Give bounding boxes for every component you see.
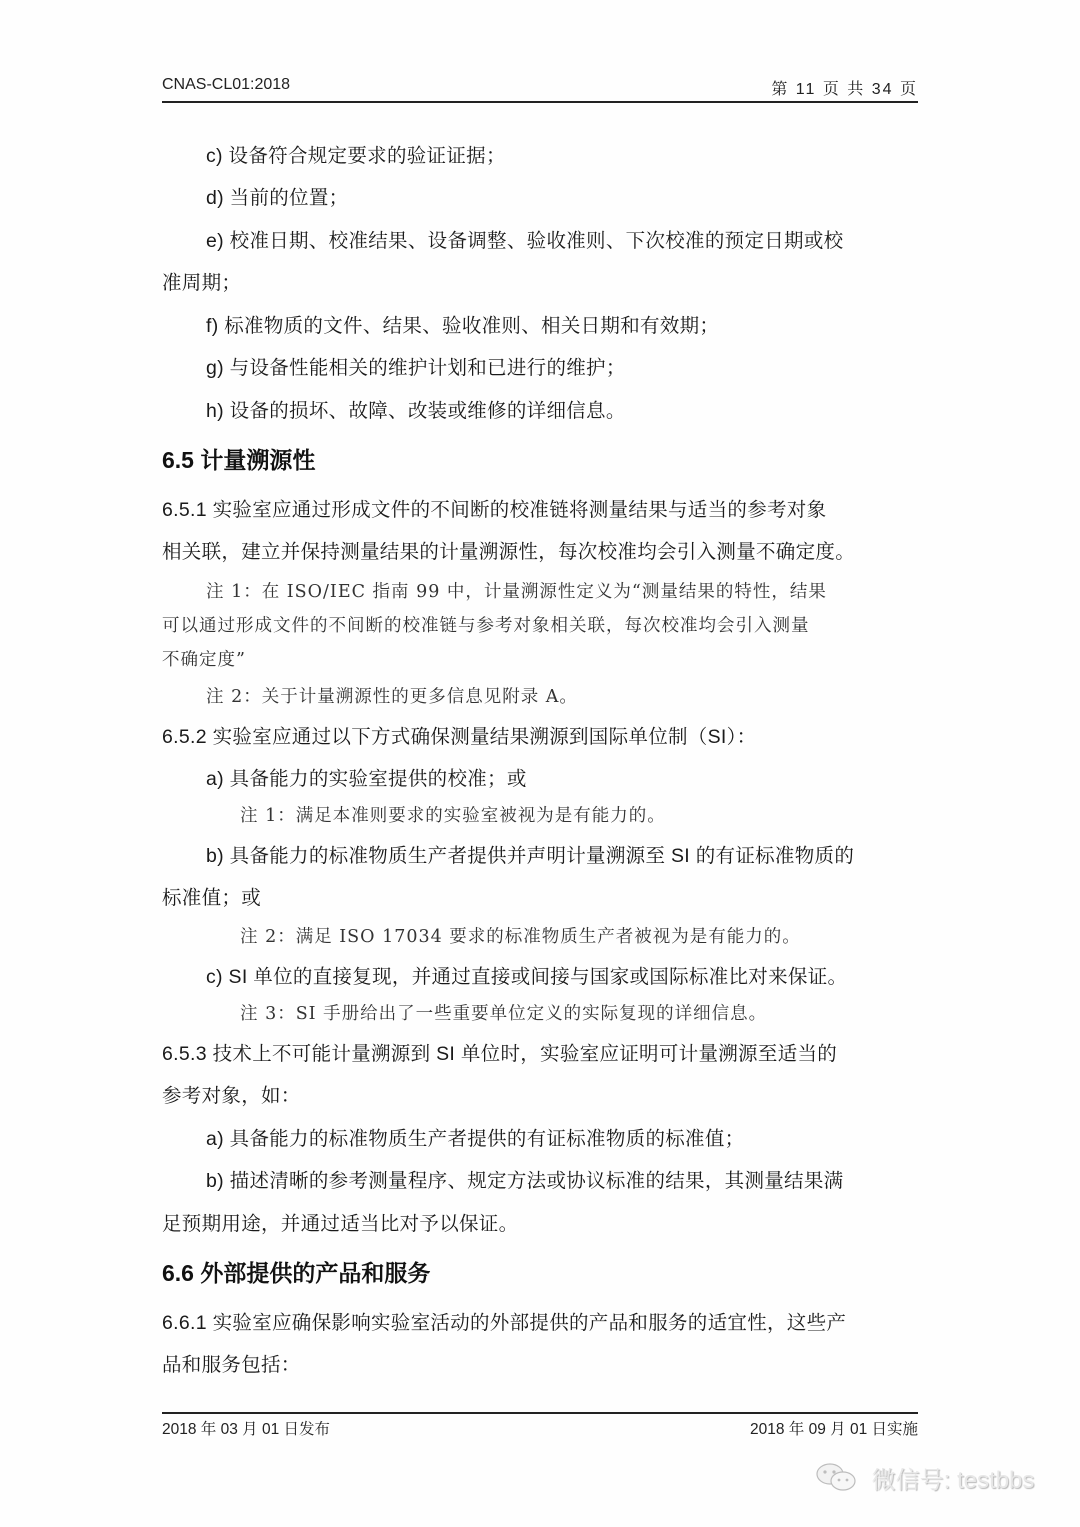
footer-rule: [162, 1412, 918, 1414]
doc-id: CNAS-CL01:2018: [162, 76, 290, 94]
list-item-f: f) 标准物质的文件、结果、验收准则、相关日期和有效期；: [206, 310, 719, 338]
section-heading-6-5: 6.5 计量溯源性: [162, 442, 315, 475]
list-item-e: e) 校准日期、校准结果、设备调整、验收准则、下次校准的预定日期或校: [206, 225, 843, 253]
effective-date: 2018 年 09 月 01 日实施: [750, 1417, 918, 1439]
section-heading-6-6: 6.6 外部提供的产品和服务: [162, 1255, 430, 1288]
list-item-e-cont: 准周期；: [162, 267, 241, 295]
clause-6-5-2-b-note: 注 2：满足 ISO 17034 要求的标准物质生产者被视为是有能力的。: [240, 923, 801, 948]
clause-6-5-3-b: b) 描述清晰的参考测量程序、规定方法或协议标准的结果，其测量结果满: [206, 1165, 843, 1193]
page-number: 第 11 页 共 34 页: [771, 76, 918, 99]
clause-6-5-2: 6.5.2 实验室应通过以下方式确保测量结果溯源到国际单位制（SI）：: [162, 721, 756, 749]
list-item-g: g) 与设备性能相关的维护计划和已进行的维护；: [206, 352, 626, 380]
clause-6-5-2-b-cont: 标准值；或: [162, 882, 261, 910]
list-item-d: d) 当前的位置；: [206, 182, 348, 210]
watermark: 微信号: testbbs: [815, 1460, 1034, 1502]
page-header: CNAS-CL01:2018 第 11 页 共 34 页: [162, 76, 918, 102]
issue-date: 2018 年 03 月 01 日发布: [162, 1417, 330, 1439]
clause-6-5-3-cont: 参考对象，如：: [162, 1080, 301, 1108]
note-1-cont2: 不确定度”: [162, 646, 246, 671]
document-page: CNAS-CL01:2018 第 11 页 共 34 页 c) 设备符合规定要求…: [0, 0, 1080, 1527]
clause-6-6-1-cont: 品和服务包括：: [162, 1349, 301, 1377]
clause-6-5-2-a-note: 注 1：满足本准则要求的实验室被视为是有能力的。: [240, 802, 666, 827]
wechat-icon: [815, 1461, 859, 1502]
clause-6-5-1: 6.5.1 实验室应通过形成文件的不间断的校准链将测量结果与适当的参考对象: [162, 494, 826, 522]
clause-6-6-1: 6.6.1 实验室应确保影响实验室活动的外部提供的产品和服务的适宜性，这些产: [162, 1307, 846, 1335]
list-item-c: c) 设备符合规定要求的验证证据；: [206, 140, 506, 168]
clause-6-5-1-cont: 相关联，建立并保持测量结果的计量溯源性，每次校准均会引入测量不确定度。: [162, 536, 855, 564]
clause-6-5-3-b-cont: 足预期用途，并通过适当比对予以保证。: [162, 1208, 518, 1236]
clause-6-5-2-a: a) 具备能力的实验室提供的校准；或: [206, 763, 527, 791]
header-rule: [162, 101, 918, 103]
note-1-cont: 可以通过形成文件的不间断的校准链与参考对象相关联，每次校准均会引入测量: [162, 612, 810, 637]
clause-6-5-2-c: c) SI 单位的直接复现，并通过直接或间接与国家或国际标准比对来保证。: [206, 961, 847, 989]
clause-6-5-3-a: a) 具备能力的标准物质生产者提供的有证标准物质的标准值；: [206, 1123, 744, 1151]
watermark-text: 微信号: testbbs: [872, 1467, 1035, 1494]
list-item-h: h) 设备的损坏、故障、改装或维修的详细信息。: [206, 395, 626, 423]
clause-6-5-2-c-note: 注 3：SI 手册给出了一些重要单位定义的实际复现的详细信息。: [240, 1000, 767, 1025]
clause-6-5-3: 6.5.3 技术上不可能计量溯源到 SI 单位时，实验室应证明可计量溯源至适当的: [162, 1038, 837, 1066]
note-1: 注 1：在 ISO/IEC 指南 99 中，计量溯源性定义为“测量结果的特性，结…: [206, 578, 827, 603]
note-2: 注 2：关于计量溯源性的更多信息见附录 A。: [206, 683, 578, 708]
clause-6-5-2-b: b) 具备能力的标准物质生产者提供并声明计量溯源至 SI 的有证标准物质的: [206, 840, 854, 868]
